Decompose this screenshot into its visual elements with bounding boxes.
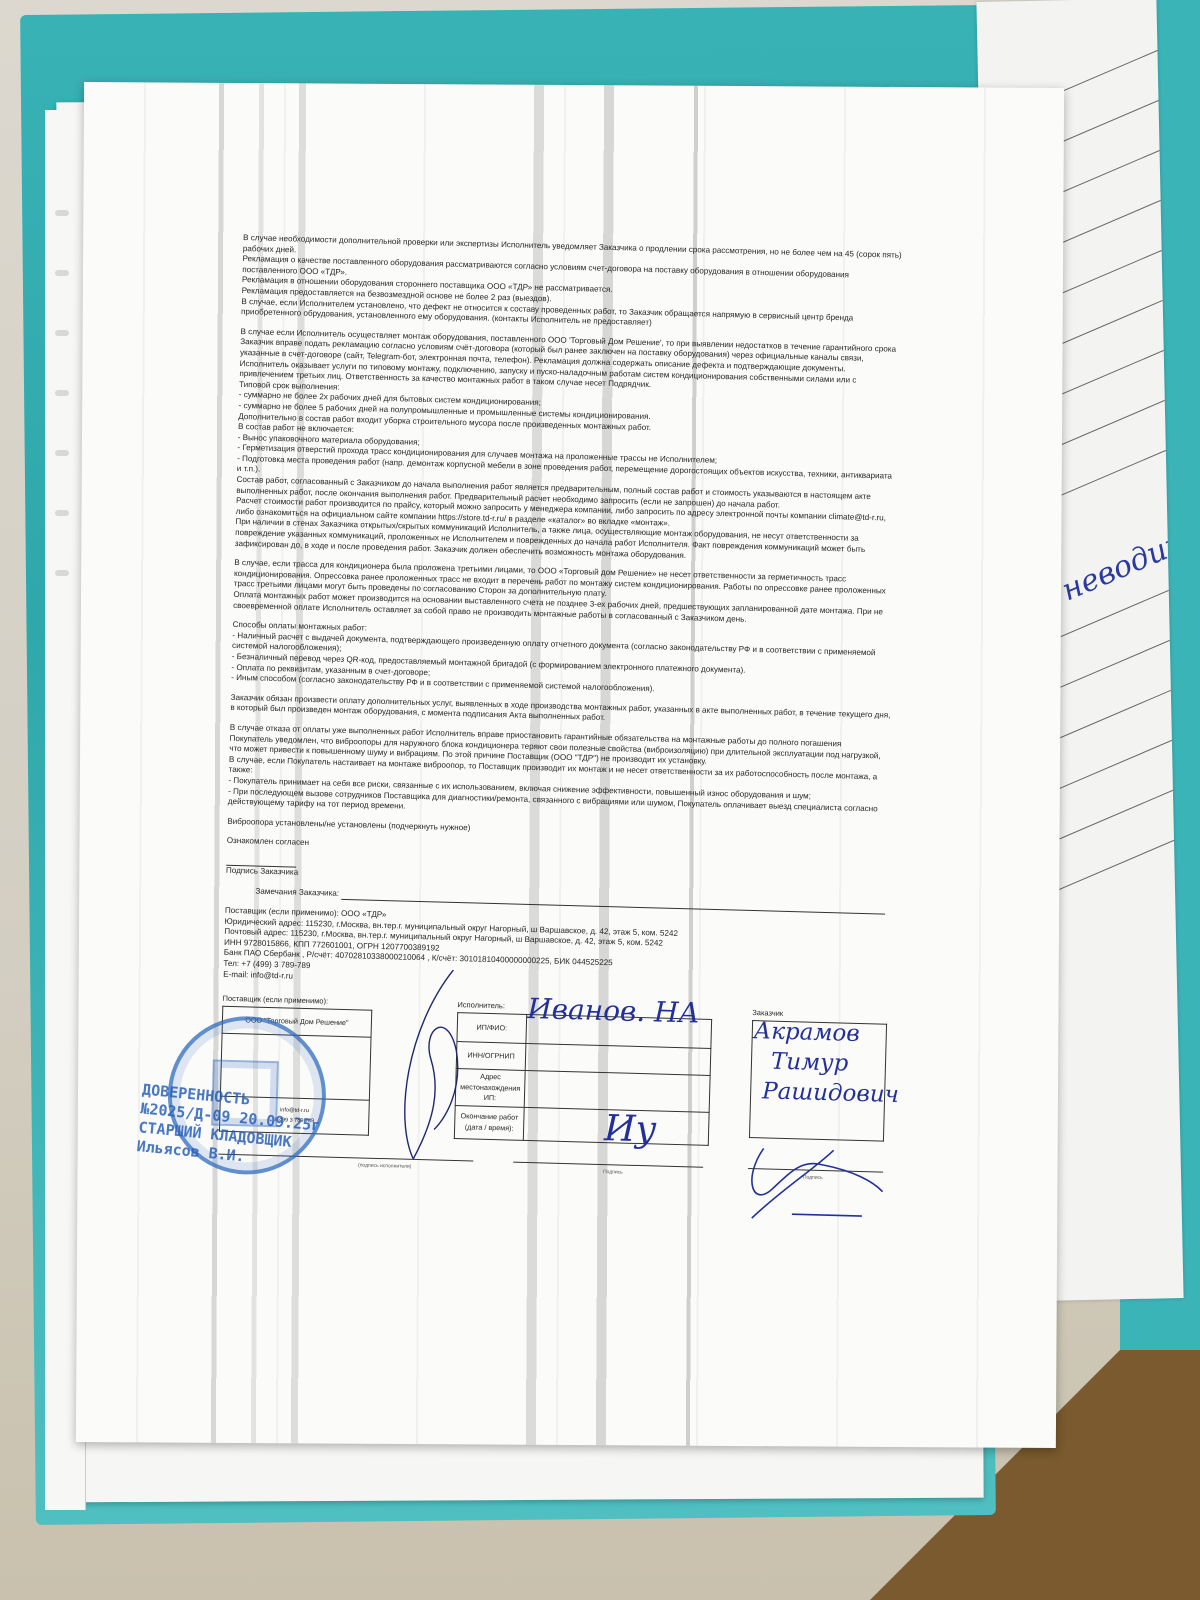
- executor-handwritten-name: Иванов. НА: [527, 1004, 700, 1019]
- executor-block: ИП/ФИО: ИНН/ОГРНИП Адрес местонахождения…: [454, 1012, 712, 1146]
- section-claims: В случае необходимости дополнительной пр…: [241, 233, 903, 336]
- section-installation: В случае если Исполнитель осуществляет м…: [235, 327, 901, 567]
- supplier-block-label: Поставщик (если применимо):: [222, 994, 328, 1007]
- side-sheet-handwriting: неводии: [1057, 525, 1184, 609]
- customer-handwritten-name: Акрамов Тимур Рашидович: [752, 1016, 901, 1110]
- power-of-attorney-overprint: ДОВЕРЕННОСТЬ №2025/Д-09 20.09.25г СТАРШИ…: [136, 1081, 323, 1174]
- executor-signature: Иу: [604, 1124, 657, 1136]
- executor-signature-caption: Подпись: [603, 1167, 623, 1178]
- executor-address-field: [524, 1071, 710, 1113]
- customer-remarks-label: Замечания Заказчика:: [255, 887, 339, 900]
- supplier-signature-scribble: [393, 969, 468, 1171]
- document-page: В случае необходимости дополнительной пр…: [76, 82, 1064, 1448]
- section-vibration-mounts: В случае отказа от оплаты уже выполненны…: [228, 723, 890, 826]
- signature-blocks: Поставщик (если применимо): ООО "Торговы…: [218, 994, 883, 1202]
- document-body: В случае необходимости дополнительной пр…: [218, 233, 903, 1202]
- customer-signature-scribble: [742, 1128, 895, 1227]
